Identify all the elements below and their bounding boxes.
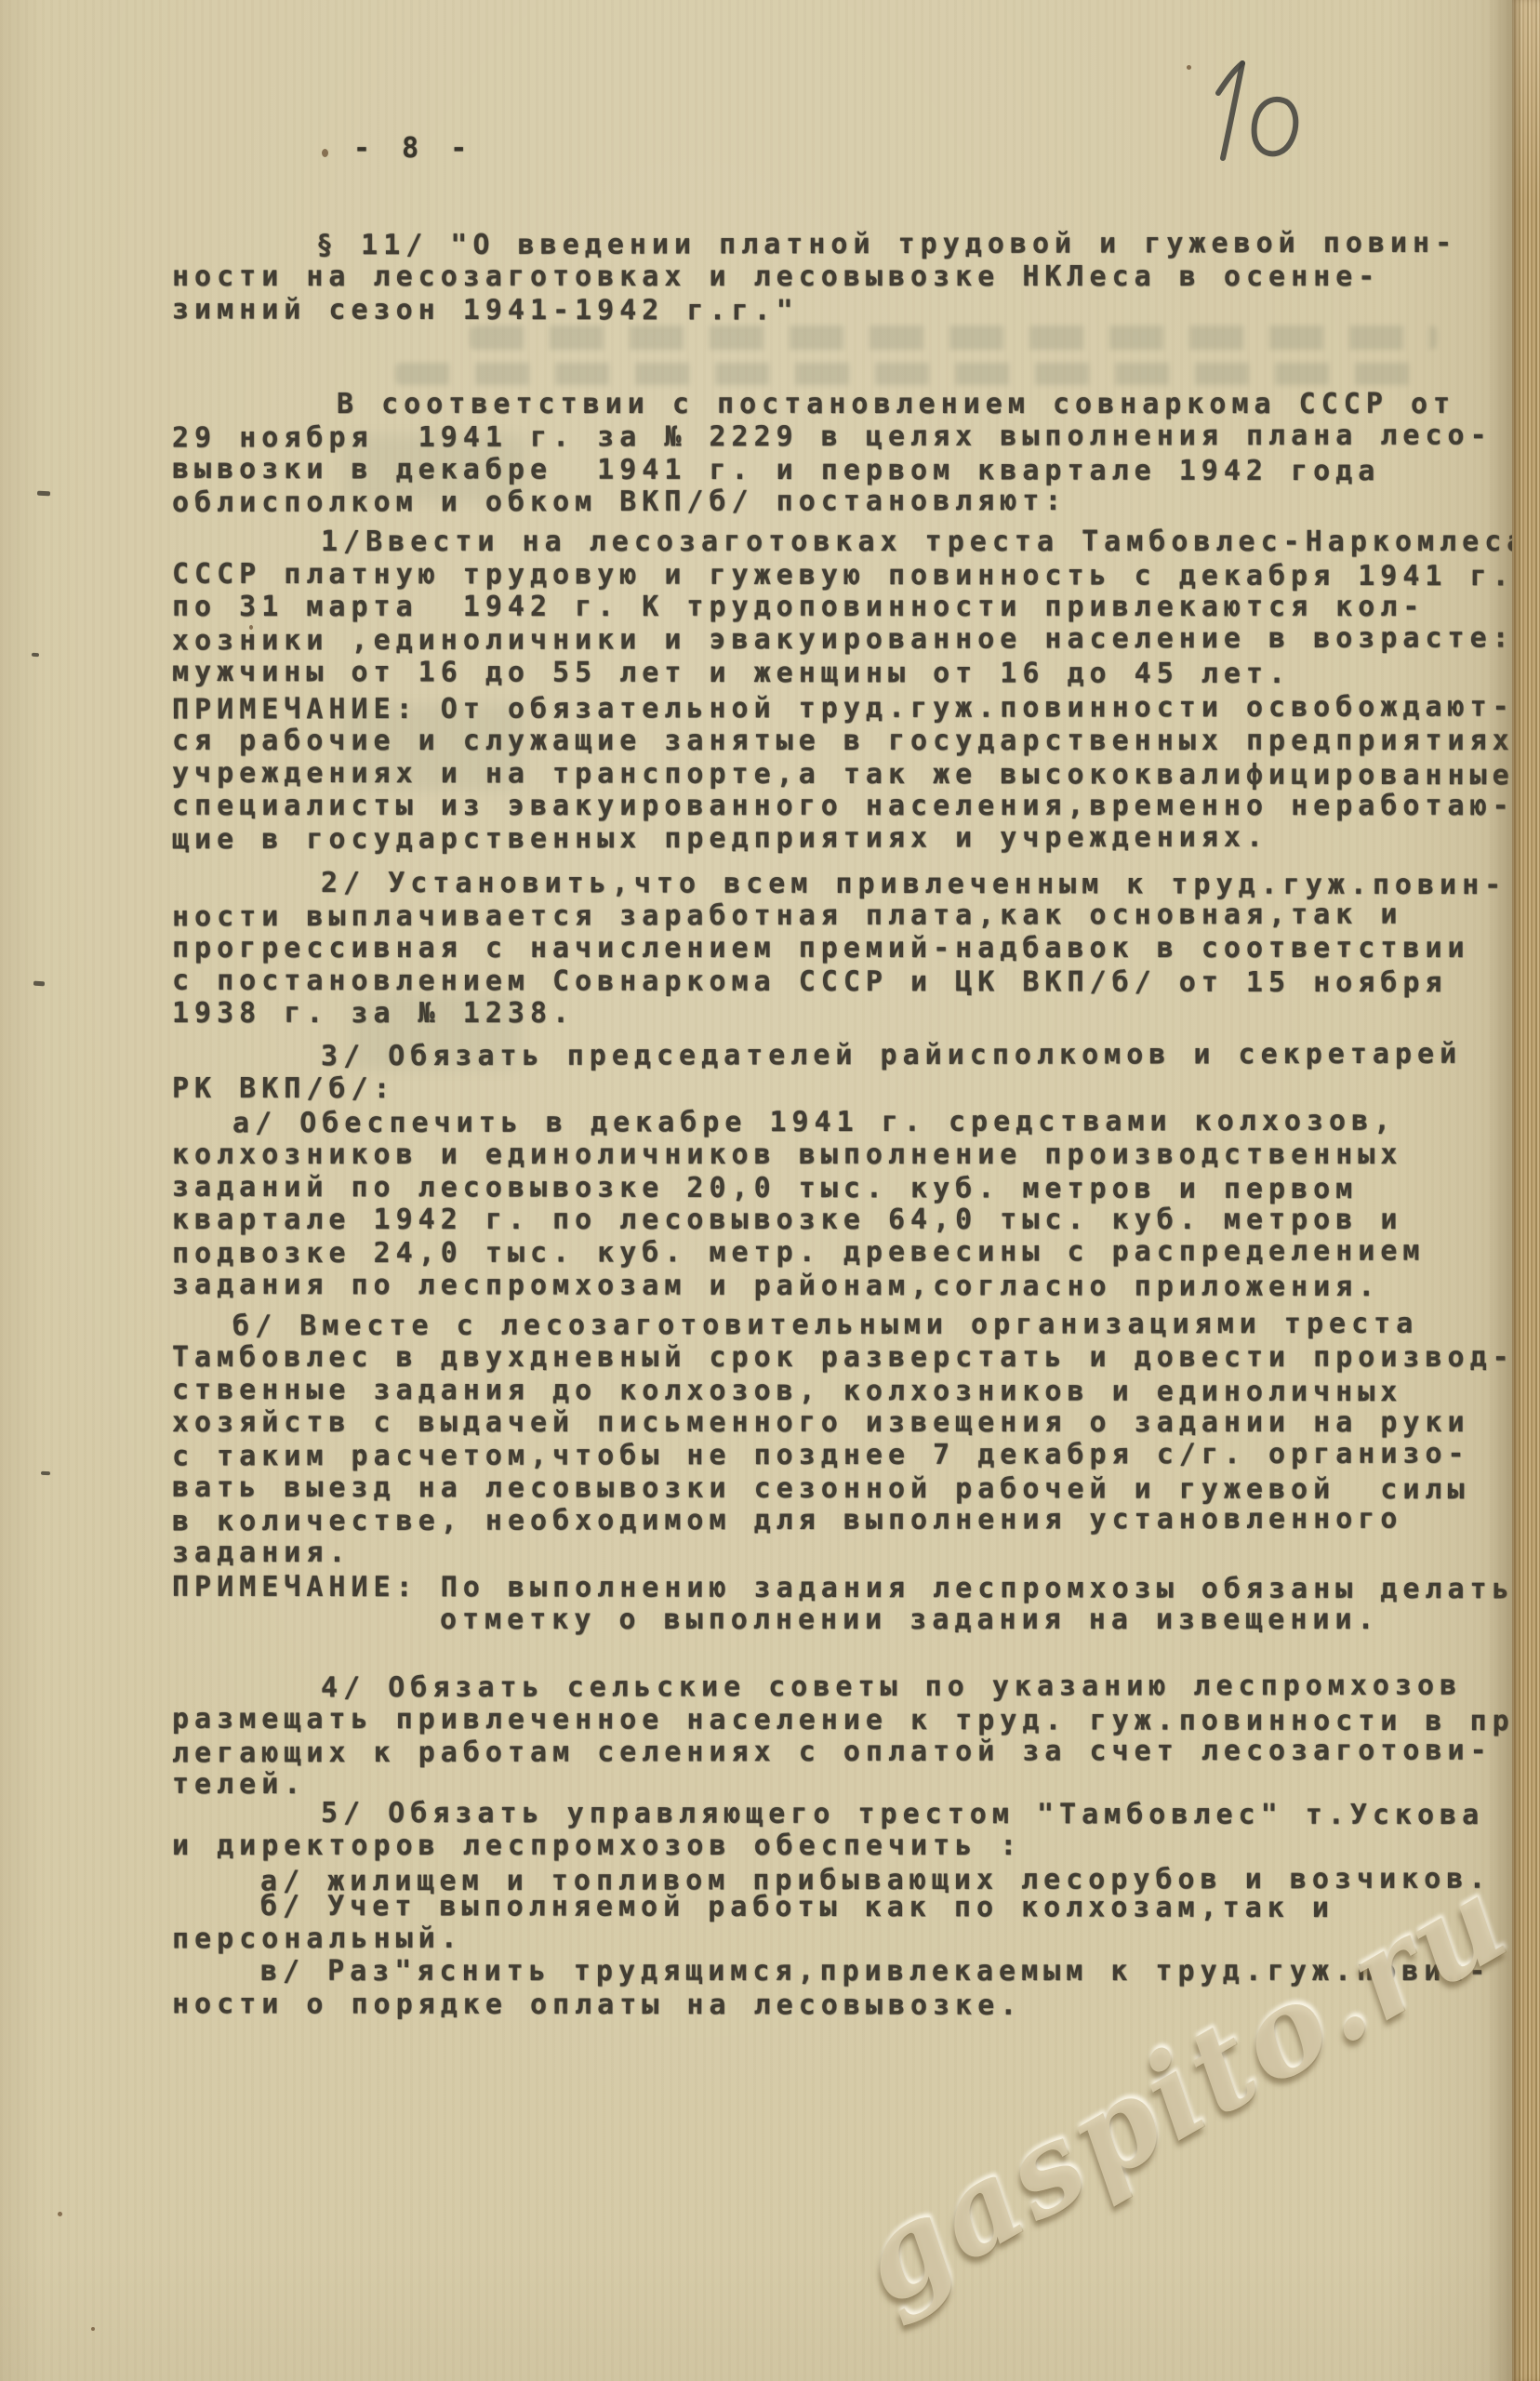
text-line-point3-1: РК ВКП/б/: [172, 1073, 396, 1105]
text-line-title-0: § 11/ "О введении платной трудовой и гуж… [316, 228, 1457, 262]
text-line-point3b-2: ственные задания до колхозов, колхознико… [172, 1375, 1402, 1408]
page-number: - 8 - [353, 132, 474, 165]
text-line-preamble-3: облисполком и обком ВКП/б/ постановляют: [172, 486, 1068, 519]
text-line-point5v-1: ности о порядке оплаты на лесовывозке. [172, 1989, 1022, 2022]
text-line-preamble-2: вывозки в декабре 1941 г. и первом кварт… [172, 454, 1380, 487]
left-edge-mark [41, 1471, 50, 1476]
text-line-point3a-1: колхозников и единоличников выполнение п… [172, 1139, 1402, 1171]
text-line-point3b-6: в количестве, необходимом для выполнения… [172, 1504, 1402, 1538]
page-stack-edge [1512, 0, 1540, 2381]
paper-speck [58, 2212, 62, 2216]
text-line-point2-2: прогрессивная с начислением премий-надба… [172, 933, 1470, 964]
text-line-point3b-1: Тамбовлес в двухдневный срок разверстать… [172, 1342, 1515, 1374]
text-line-note2-1: отметку о выполнении задания на извещени… [440, 1604, 1380, 1636]
text-line-point2-3: с постановлением Совнаркома СССР и ЦК ВК… [172, 965, 1448, 999]
handwritten-page-number [1198, 54, 1319, 175]
text-line-point3b-7: задания. [172, 1537, 352, 1569]
text-line-title-1: ности на лесозаготовках и лесовывозке НК… [172, 261, 1380, 293]
paper-speck [91, 2327, 95, 2331]
text-line-point3b-3: хозяйств с выдачей письменного извещения… [172, 1407, 1470, 1439]
left-edge-mark [37, 491, 50, 497]
text-line-point3a-0: а/ Обеспечить в декабре 1941 г. средства… [232, 1106, 1396, 1140]
text-line-title-2: зимний сезон 1941-1942 г.г." [172, 294, 799, 326]
text-line-note1-0: ПРИМЕЧАНИЕ: От обязательной труд.гуж.пов… [172, 691, 1515, 725]
text-line-point3a-5: задания по леспромхозам и районам,соглас… [172, 1270, 1380, 1303]
text-line-point3b-0: б/ Вместе с лесозаготовительными организ… [232, 1309, 1418, 1343]
text-line-point5b-1: персональный. [172, 1923, 463, 1956]
text-line-point2-0: 2/ Установить,что всем привлеченным к тр… [321, 868, 1507, 901]
text-line-point1-1: СССР платную трудовую и гужевую повиннос… [172, 559, 1515, 593]
text-line-note1-1: ся рабочие и служащие занятые в государс… [172, 725, 1537, 757]
text-line-point2-1: ности выплачивается заработная плата,как… [172, 899, 1402, 934]
text-line-note1-4: щие в государственных предприятиях и учр… [172, 822, 1268, 856]
text-line-point1-0: 1/Ввести на лесозаготовках треста Тамбов… [321, 526, 1529, 558]
text-line-point1-3: хозники ,единоличники и эвакуированное н… [172, 622, 1515, 657]
text-line-note1-2: учреждениях и на транспорте,а так же выс… [172, 758, 1515, 792]
text-line-point4-2: легающих к работам селениях с оплатой за… [172, 1736, 1493, 1770]
text-line-note1-3: специалисты из эвакуированного населения… [172, 791, 1515, 822]
bleedthrough-text-line [395, 363, 1432, 385]
paper-speck [1187, 65, 1191, 70]
scanned-document-page: - 8 - § 11/ "О введении платной трудовой… [0, 0, 1540, 2381]
left-edge-mark [33, 981, 45, 987]
text-line-point3a-4: подвозке 24,0 тыс. куб. метр. древесины … [172, 1236, 1426, 1270]
text-line-preamble-1: 29 ноября 1941 г. за № 2229 в целях выпо… [172, 420, 1493, 455]
text-line-preamble-0: В соответствии с постановлением совнарко… [337, 389, 1455, 420]
text-line-point3a-3: квартале 1942 г. по лесовывозке 64,0 тыс… [172, 1204, 1402, 1236]
left-edge-mark [32, 653, 39, 657]
text-line-point3a-2: заданий по лесовывозке 20,0 тыс. куб. ме… [172, 1172, 1358, 1205]
text-line-point4-0: 4/ Обязать сельские советы по указанию л… [321, 1670, 1462, 1705]
text-line-point1-4: мужчины от 16 до 55 лет и женщины от 16 … [172, 657, 1291, 690]
text-line-point3b-5: вать выезд на лесовывозки сезонной рабоч… [172, 1472, 1470, 1506]
paper-speck [322, 149, 328, 157]
text-line-point3-0: 3/ Обязать председателей райисполкомов и… [321, 1039, 1462, 1073]
page-edge-shadow [1488, 0, 1512, 2381]
text-line-point3b-4: с таким расчетом,чтобы не позднее 7 дека… [172, 1439, 1470, 1473]
bleedthrough-text-line [470, 326, 1437, 350]
text-line-point2-4: 1938 г. за № 1238. [172, 998, 575, 1030]
watermark-text: gaspito.ru [832, 1854, 1519, 2336]
text-line-point1-2: по 31 марта 1942 г. К трудоповинности пр… [172, 592, 1425, 623]
handwritten-10-strokes [1198, 54, 1319, 175]
text-line-note2-0: ПРИМЕЧАНИЕ: По выполнению задания леспро… [172, 1572, 1515, 1606]
text-line-point5b-0: б/ Учет выполняемой работы как по колхоз… [260, 1891, 1334, 1924]
text-line-point4-1: размещать привлеченное население к труд.… [172, 1704, 1540, 1738]
text-line-point4-3: телей. [172, 1769, 306, 1801]
text-line-point5-0: 5/ Обязать управляющего трестом "Тамбовл… [321, 1798, 1484, 1831]
digit-0-loop-stroke [1255, 100, 1296, 153]
text-line-point5-1: и директоров леспромхозов обеспечить : [172, 1830, 1022, 1862]
